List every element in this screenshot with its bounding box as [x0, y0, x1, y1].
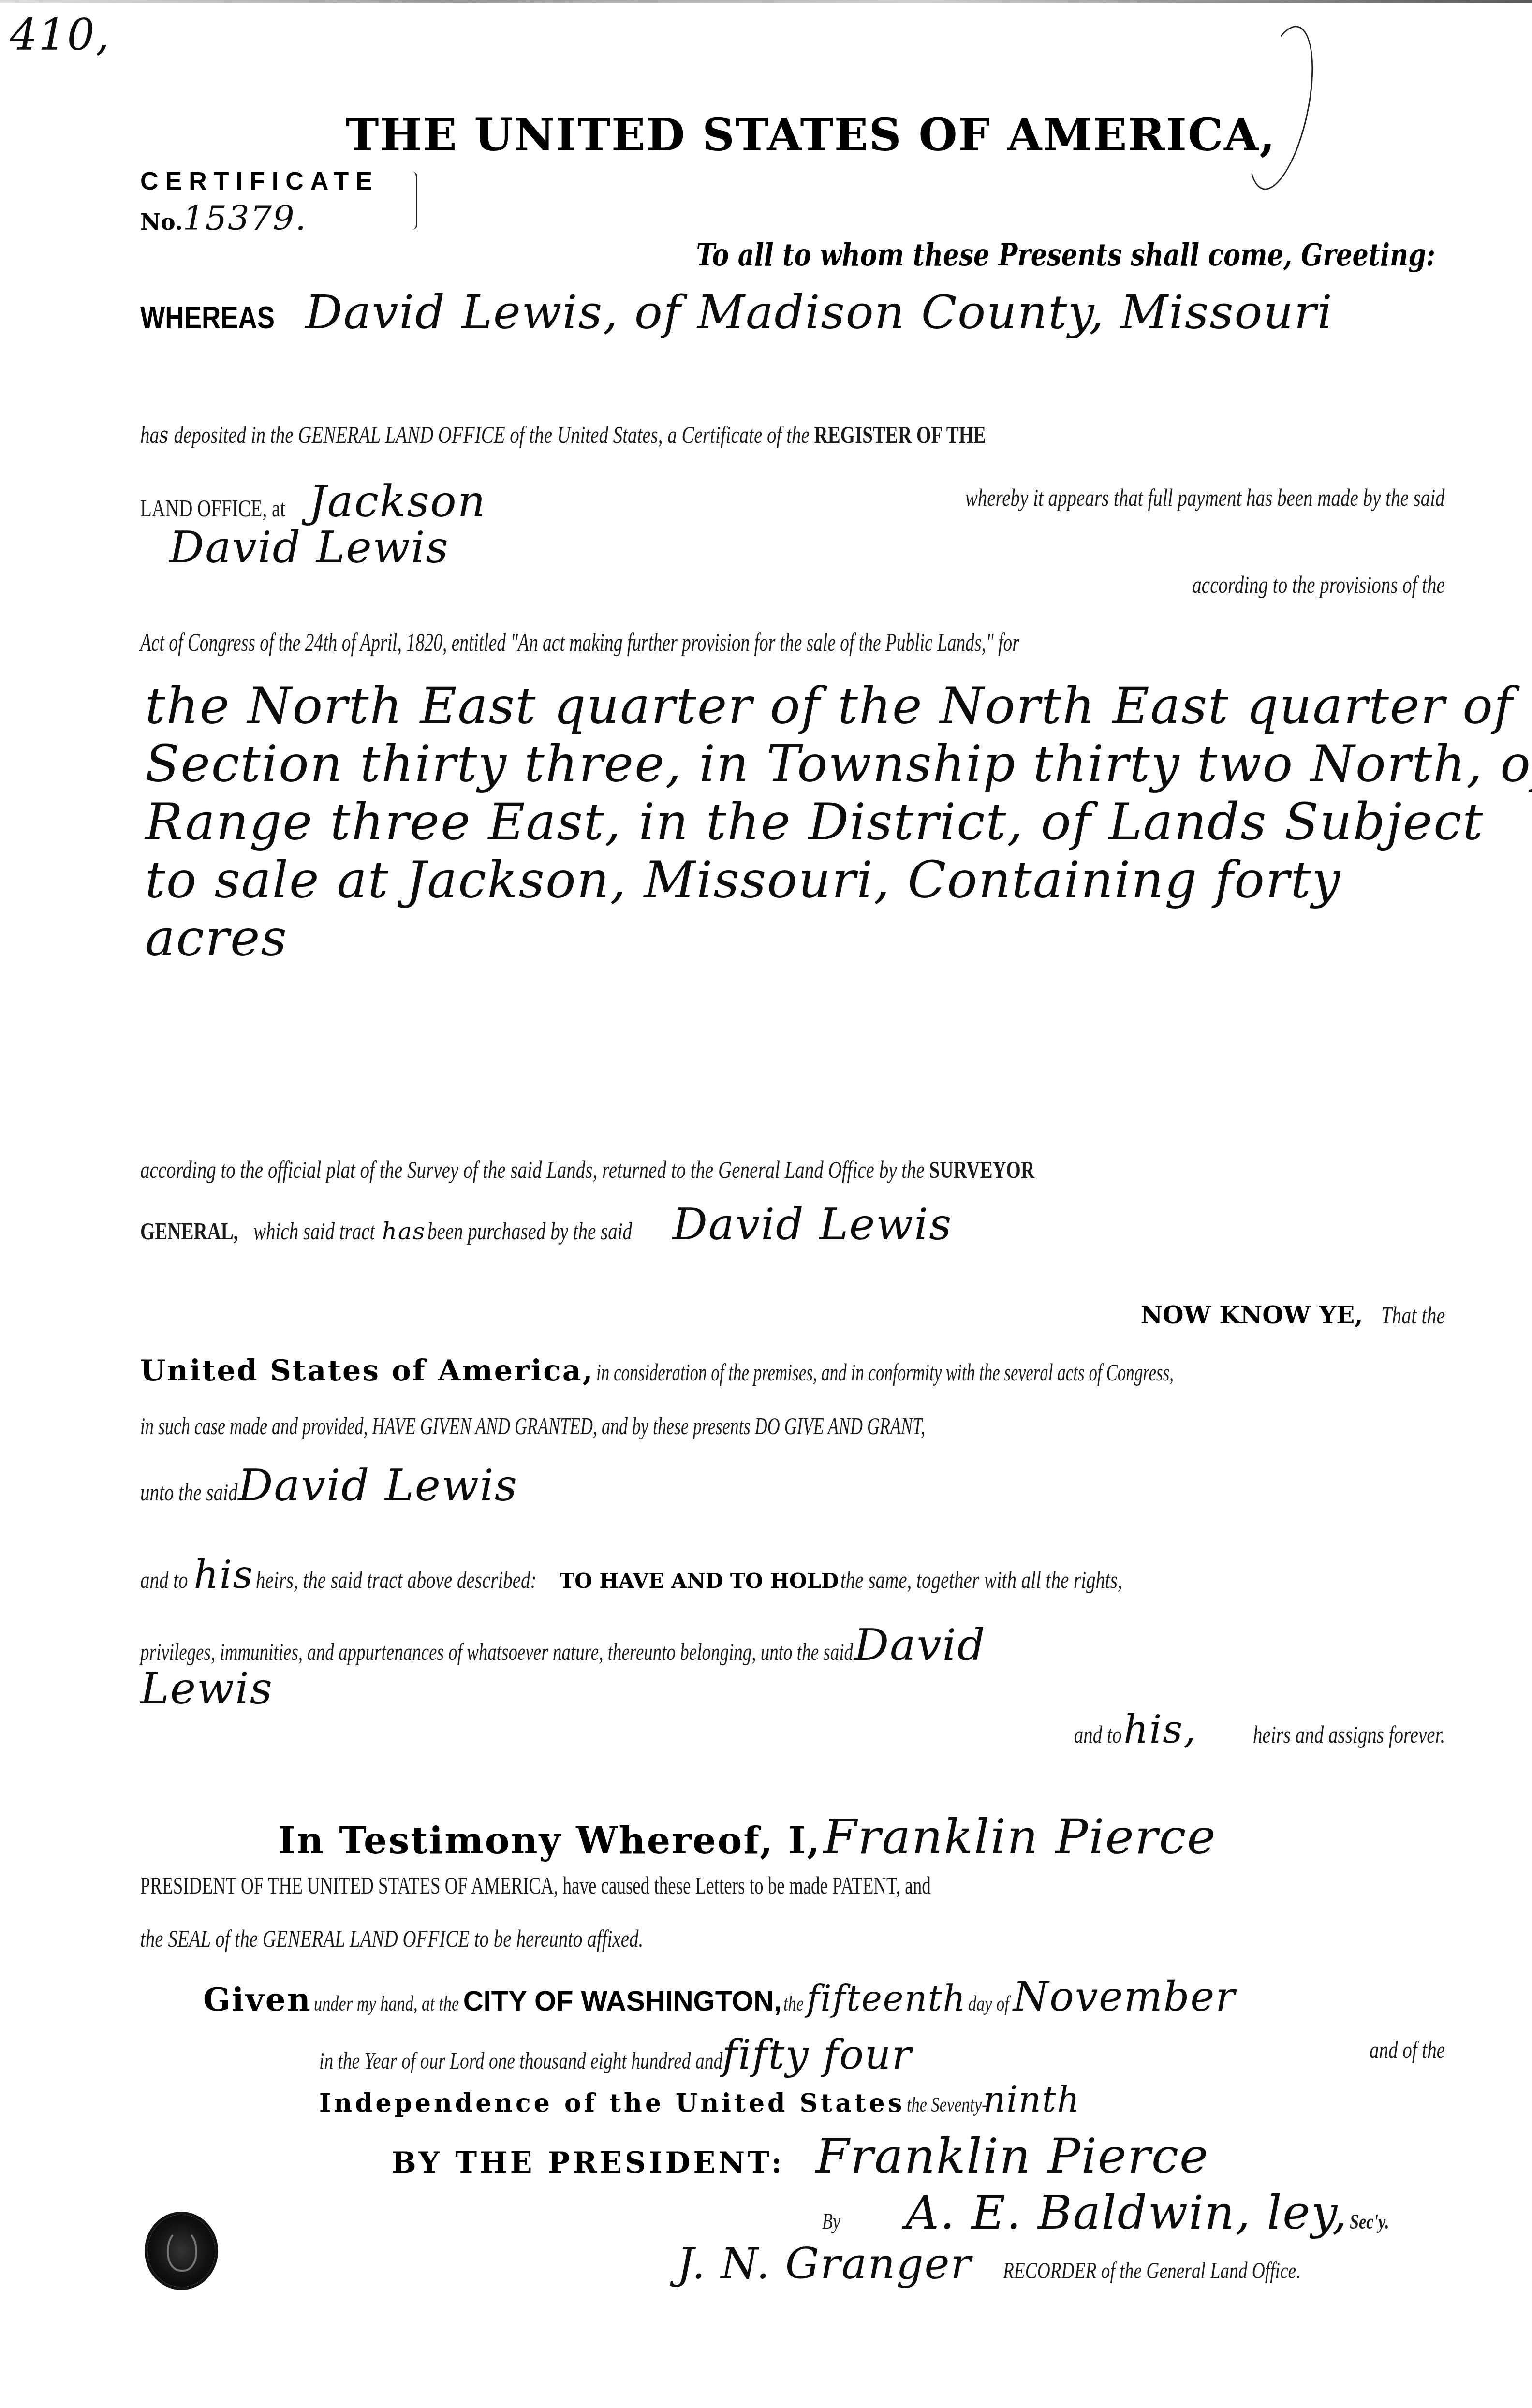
- testimony-gothic: In Testimony Whereof, I,: [278, 1819, 821, 1862]
- assigns-line: and to his, heirs and assigns forever.: [1061, 1707, 1445, 1752]
- whereas-grantee: David Lewis, of Madison County, Missouri: [305, 285, 1333, 339]
- land-description: the North East quarter of the North East…: [145, 677, 1532, 967]
- greeting: To all to whom these Presents shall come…: [696, 237, 1435, 273]
- grantee-name: David Lewis: [238, 1460, 518, 1511]
- general-land-office-seal: [147, 2215, 215, 2287]
- such-case-line: in such case made and provided, HAVE GIV…: [140, 1412, 925, 1440]
- year-ordinal-hand: ninth: [983, 2079, 1080, 2120]
- payer-name: David Lewis: [169, 522, 449, 573]
- secretary-signature: A. E. Baldwin, ley,: [906, 2186, 1348, 2240]
- secretary-line: By A. E. Baldwin, ley, Sec'y.: [822, 2186, 1400, 2240]
- land-office-location: Jackson: [309, 476, 486, 527]
- president-name: Franklin Pierce: [823, 1808, 1216, 1865]
- certificate-label: CERTIFICATE: [140, 167, 379, 196]
- plat-line: according to the official plat of the Su…: [140, 1156, 1034, 1184]
- to-have-and-to-hold: TO HAVE AND TO HOLD: [560, 1569, 839, 1593]
- purchased-text: been purchased by the said: [427, 1217, 632, 1245]
- certificate-no-value: 15379.: [183, 198, 307, 238]
- deposited-text: deposited in the GENERAL LAND OFFICE of …: [174, 421, 810, 448]
- given-line: Given under my hand, at the CITY OF WASH…: [203, 1973, 1236, 2020]
- description-line: Range three East, in the District, of La…: [145, 793, 1532, 851]
- description-line: the North East quarter of the North East…: [145, 677, 1532, 735]
- rights-text: the same, together with all the rights,: [840, 1566, 1122, 1594]
- now-know-ye-line: NOW KNOW YE, That the: [1140, 1301, 1445, 1329]
- tract-text: which said tract: [253, 1217, 375, 1245]
- usa-line: United States of America, in considerati…: [140, 1354, 1421, 1388]
- unto-text: unto the said: [140, 1478, 237, 1506]
- year-hand: fifty four: [722, 2031, 912, 2078]
- document-title: THE UNITED STATES OF AMERICA,: [346, 109, 1276, 161]
- privileges-text: privileges, immunities, and appurtenance…: [140, 1638, 853, 1666]
- certificate-number: No.15379.: [140, 198, 307, 238]
- president-signature: Franklin Pierce: [816, 2128, 1209, 2184]
- payment-text: whereby it appears that full payment has…: [965, 484, 1445, 512]
- independence-line: Independence of the United States the Se…: [319, 2079, 1080, 2120]
- general-label: GENERAL,: [140, 1217, 238, 1245]
- privileges-grantee-last: Lewis: [140, 1663, 273, 1714]
- land-office-line: LAND OFFICE, at Jackson: [140, 476, 486, 527]
- that-the-text: That the: [1381, 1301, 1445, 1329]
- day-hand: fifteenth: [807, 1978, 966, 2019]
- deposited-prefix: ha: [140, 421, 159, 448]
- seventy-text: the Seventy-: [907, 2092, 987, 2117]
- assigns-text: heirs and assigns forever.: [1253, 1720, 1445, 1748]
- land-office-label: LAND OFFICE, at: [140, 494, 285, 522]
- testimony-line: In Testimony Whereof, I, Franklin Pierce: [278, 1808, 1217, 1865]
- register-label: REGISTER OF THE: [814, 421, 986, 448]
- scan-edge: [0, 0, 1532, 3]
- plat-text: according to the official plat of the Su…: [140, 1156, 925, 1183]
- corner-mark-e: [1236, 20, 1325, 196]
- general-line: GENERAL, which said tract has been purch…: [140, 1199, 952, 1250]
- month-hand: November: [1013, 1973, 1236, 2020]
- city-of-washington: CITY OF WASHINGTON,: [463, 1985, 781, 2017]
- surveyor-label: SURVEYOR: [929, 1156, 1034, 1183]
- under-hand-text: under my hand, at the: [314, 1991, 459, 2016]
- usa-gothic: United States of America,: [140, 1354, 594, 1388]
- consideration-text: in consideration of the premises, and in…: [596, 1358, 1174, 1386]
- recorder-line: J. N. Granger RECORDER of the General La…: [677, 2239, 1385, 2289]
- provisions-line: according to the provisions of the: [1193, 571, 1445, 599]
- secretary-title: Sec'y.: [1350, 2209, 1389, 2234]
- year-line: in the Year of our Lord one thousand eig…: [319, 2031, 912, 2078]
- year-text: in the Year of our Lord one thousand eig…: [319, 2048, 722, 2074]
- description-line: to sale at Jackson, Missouri, Containing…: [145, 851, 1532, 909]
- privileges-grantee-first: David: [854, 1620, 986, 1671]
- certificate-brace: [406, 172, 417, 230]
- deposited-line: has deposited in the GENERAL LAND OFFICE…: [140, 421, 1442, 449]
- by-the-president: BY THE PRESIDENT:: [392, 2146, 785, 2180]
- heirs-line: and to his heirs, the said tract above d…: [140, 1552, 1202, 1597]
- description-line: acres: [145, 909, 1532, 967]
- act-line: Act of Congress of the 24th of April, 18…: [140, 629, 1019, 657]
- whereas-line: WHEREAS David Lewis, of Madison County, …: [140, 285, 1333, 339]
- unto-line: unto the said David Lewis: [140, 1460, 518, 1511]
- day-of-text: day of: [968, 1991, 1009, 2016]
- and-of-the: and of the: [1370, 2036, 1445, 2064]
- the-text: the: [783, 1991, 804, 2016]
- description-line: Section thirty three, in Township thirty…: [145, 735, 1532, 793]
- margin-note: 410,: [10, 10, 110, 60]
- now-know-ye: NOW KNOW YE,: [1140, 1301, 1363, 1329]
- assigns-pronoun: his,: [1123, 1707, 1197, 1752]
- independence-gothic: Independence of the United States: [319, 2088, 905, 2118]
- has-text: has: [382, 1218, 426, 1245]
- and-to-text: and to: [140, 1566, 188, 1594]
- given-gothic: Given: [203, 1981, 312, 2018]
- and-to-text-2: and to: [1074, 1720, 1122, 1748]
- purchaser-name: David Lewis: [673, 1199, 953, 1250]
- deposited-hand: s: [159, 422, 169, 449]
- seal-line: the SEAL of the GENERAL LAND OFFICE to b…: [140, 1924, 643, 1953]
- recorder-signature: J. N. Granger: [677, 2239, 972, 2289]
- heirs-pronoun: his: [193, 1552, 253, 1597]
- whereas-label: WHEREAS: [140, 300, 275, 336]
- by-president-line: BY THE PRESIDENT: Franklin Pierce: [392, 2128, 1209, 2184]
- certificate-no-label: No.: [140, 209, 183, 235]
- by-text: By: [822, 2208, 840, 2234]
- recorder-title: RECORDER of the General Land Office.: [1003, 2258, 1301, 2284]
- president-line: PRESIDENT OF THE UNITED STATES OF AMERIC…: [140, 1871, 931, 1899]
- tract-described-text: heirs, the said tract above described:: [256, 1566, 537, 1594]
